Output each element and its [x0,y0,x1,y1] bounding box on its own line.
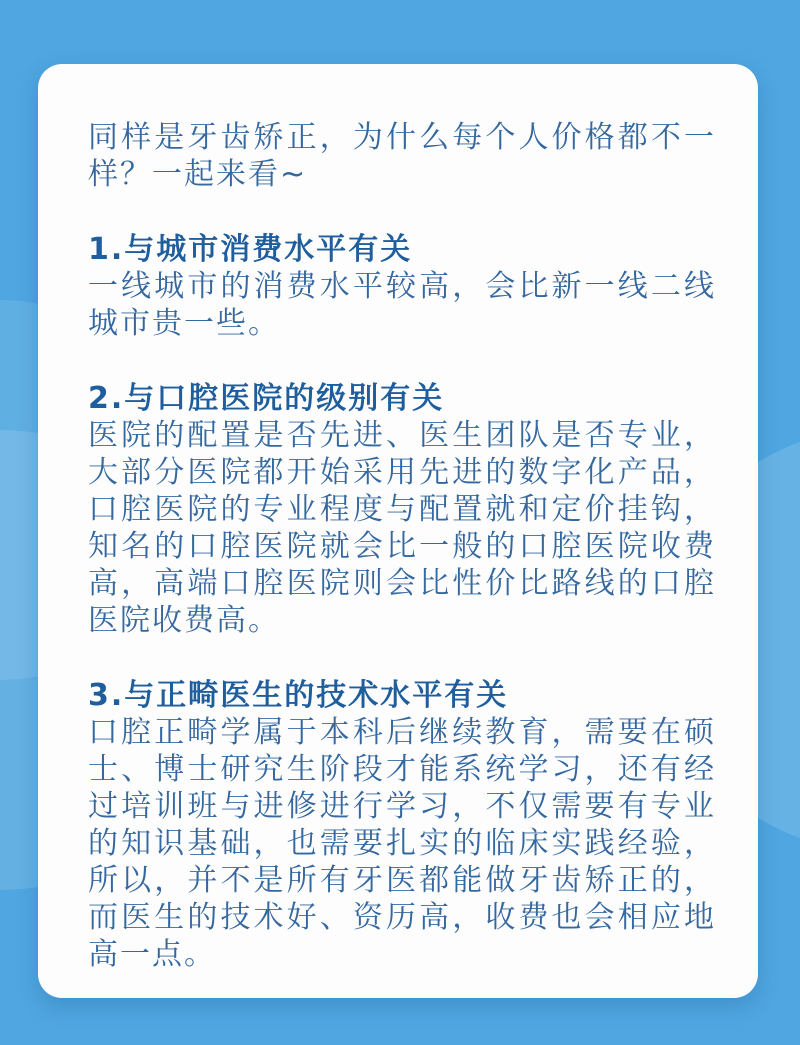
section-3-body: 口腔正畸学属于本科后继续教育，需要在硕士、博士研究生阶段才能系统学习，还有经过培… [88,714,716,973]
section-1-body: 一线城市的消费水平较高，会比新一线二线城市贵一些。 [88,268,716,342]
section-1-heading: 1.与城市消费水平有关 [88,231,716,268]
intro-paragraph: 同样是牙齿矫正，为什么每个人价格都不一样？一起来看~ [88,119,716,193]
section-2-heading: 2.与口腔医院的级别有关 [88,380,716,417]
section-2-body: 医院的配置是否先进、医生团队是否专业，大部分医院都开始采用先进的数字化产品，口腔… [88,417,716,639]
section-hospital-level: 2.与口腔医院的级别有关 医院的配置是否先进、医生团队是否专业，大部分医院都开始… [88,380,716,639]
section-3-heading: 3.与正畸医生的技术水平有关 [88,677,716,714]
section-city-consumption: 1.与城市消费水平有关 一线城市的消费水平较高，会比新一线二线城市贵一些。 [88,231,716,342]
section-doctor-skill: 3.与正畸医生的技术水平有关 口腔正畸学属于本科后继续教育，需要在硕士、博士研究… [88,677,716,973]
content-card: 同样是牙齿矫正，为什么每个人价格都不一样？一起来看~ 1.与城市消费水平有关 一… [38,64,758,998]
